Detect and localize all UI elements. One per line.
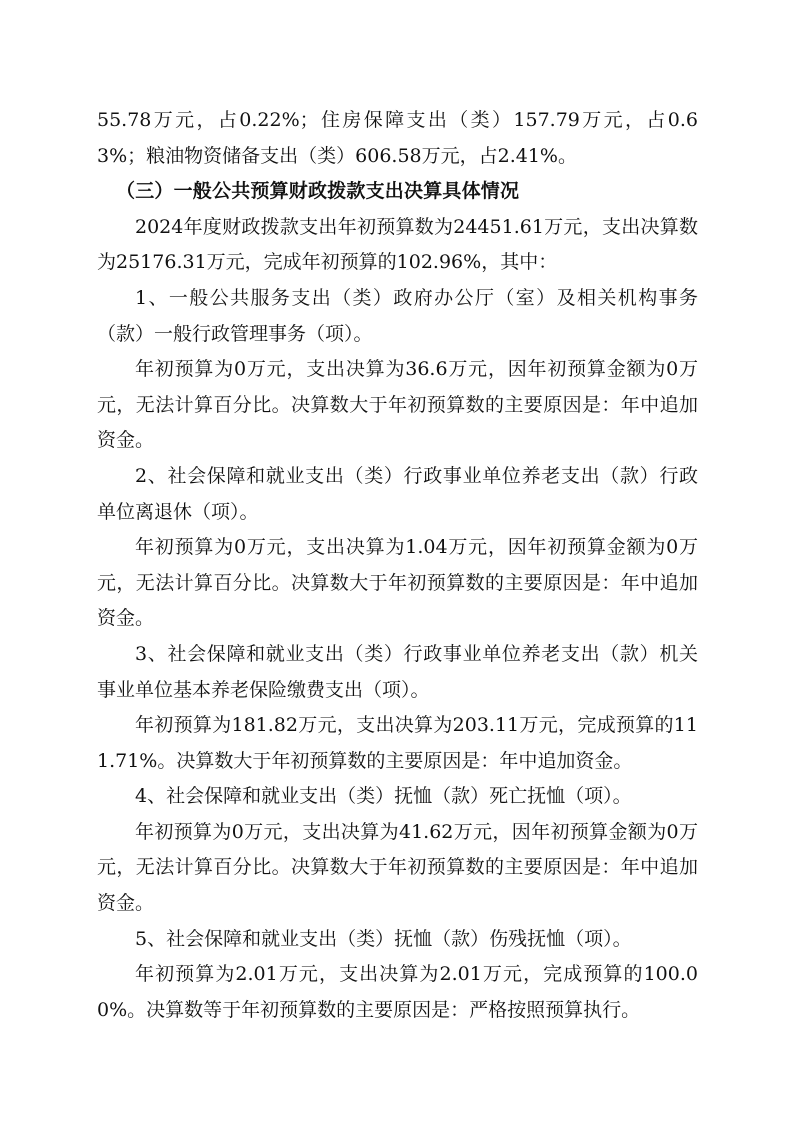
item-3-detail: 年初预算为181.82万元，支出决算为203.11万元，完成预算的111.71%… <box>97 708 698 779</box>
item-2-detail: 年初预算为0万元，支出决算为1.04万元，因年初预算金额为0万元，无法计算百分比… <box>97 530 698 637</box>
paragraph-continuation: 55.78万元，占0.22%；住房保障支出（类）157.79万元，占0.63%；… <box>97 103 698 174</box>
item-5-title: 5、社会保障和就业支出（类）抚恤（款）伤残抚恤（项）。 <box>97 922 698 958</box>
item-1-detail: 年初预算为0万元，支出决算为36.6万元，因年初预算金额为0万元，无法计算百分比… <box>97 352 698 459</box>
item-5-detail: 年初预算为2.01万元，支出决算为2.01万元，完成预算的100.00%。决算数… <box>97 957 698 1028</box>
item-4-title: 4、社会保障和就业支出（类）抚恤（款）死亡抚恤（项）。 <box>97 779 698 815</box>
item-1-title: 1、一般公共服务支出（类）政府办公厅（室）及相关机构事务（款）一般行政管理事务（… <box>97 281 698 352</box>
paragraph-summary: 2024年度财政拨款支出年初预算数为24451.61万元，支出决算数为25176… <box>97 210 698 281</box>
section-heading: （三）一般公共预算财政拨款支出决算具体情况 <box>97 174 698 210</box>
item-4-detail: 年初预算为0万元，支出决算为41.62万元，因年初预算金额为0万元，无法计算百分… <box>97 815 698 922</box>
item-2-title: 2、社会保障和就业支出（类）行政事业单位养老支出（款）行政单位离退休（项）。 <box>97 459 698 530</box>
item-3-title: 3、社会保障和就业支出（类）行政事业单位养老支出（款）机关事业单位基本养老保险缴… <box>97 637 698 708</box>
document-page: 55.78万元，占0.22%；住房保障支出（类）157.79万元，占0.63%；… <box>97 103 698 1028</box>
